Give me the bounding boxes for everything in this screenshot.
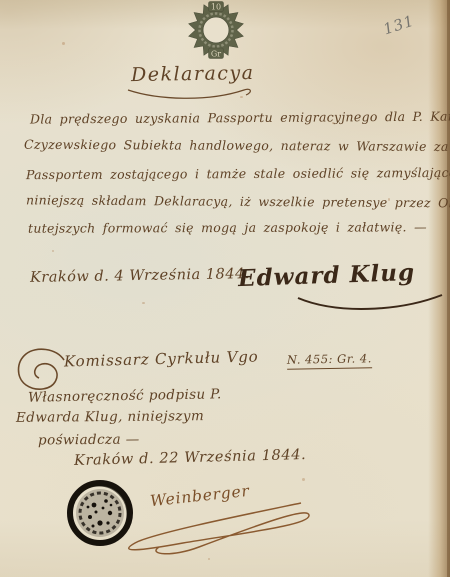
- title-underline-flourish: [126, 86, 258, 104]
- certification-dateline: Kraków d. 22 Września 1844.: [74, 447, 307, 469]
- certification-line: poświadcza —: [38, 432, 140, 449]
- document-title: Deklaracya: [131, 62, 255, 86]
- foxing-spot: [302, 478, 305, 481]
- declarant-signature: Edward Klug: [238, 259, 416, 292]
- revenue-stamp-icon: 10 Gr: [187, 1, 245, 59]
- reference-number: N. 455: Gr. 4.: [287, 351, 372, 369]
- document-scan: 10 Gr 131 Deklaracya Dla prędszego uzysk…: [0, 0, 450, 577]
- declarant-signature-flourish: [296, 292, 446, 318]
- certification-line: Własnoręczność podpisu P.: [28, 386, 222, 405]
- stamp-unit-label: Gr: [211, 50, 221, 59]
- declaration-line: Dla prędszego uzyskania Passportu emigra…: [30, 108, 450, 126]
- declaration-line: Czyzewskiego Subiekta handlowego, natera…: [24, 137, 450, 155]
- declaration-line: niniejszą składam Deklaracyą, iż wszelki…: [26, 192, 450, 210]
- commissar-title: Komissarz Cyrkułu Vgo: [64, 347, 259, 370]
- declaration-dateline: Kraków d. 4 Września 1844.: [30, 266, 250, 286]
- foxing-spot: [52, 250, 54, 252]
- certification-line: Edwarda Klug, niniejszym: [16, 408, 204, 426]
- foxing-spot: [62, 42, 65, 45]
- stamp-value-label: 10: [211, 2, 221, 11]
- official-signature-flourish: [113, 497, 323, 555]
- folio-number: 131: [381, 12, 417, 39]
- declaration-line: tutejszych formować się mogą ja zaspokoj…: [28, 219, 427, 235]
- foxing-spot: [208, 558, 210, 560]
- declaration-line: Passportem zostającego i tamże stale osi…: [26, 165, 450, 182]
- foxing-spot: [142, 302, 145, 304]
- commissar-spiral-flourish: [14, 344, 68, 392]
